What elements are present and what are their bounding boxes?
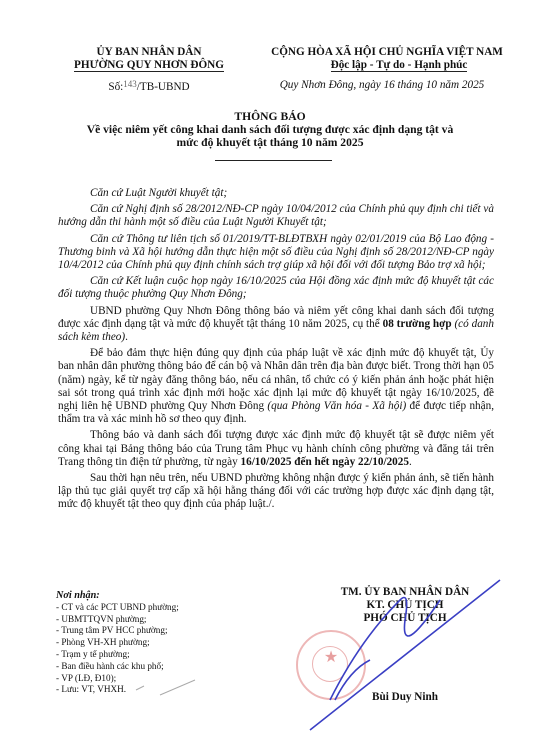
legal-basis: Căn cứ Kết luận cuộc họp ngày 16/10/2025… — [58, 275, 494, 301]
recipient-item: - Trạm y tế phường; — [56, 649, 256, 661]
signer-name: Bùi Duy Ninh — [285, 691, 525, 703]
national-header: CỘNG HÒA XÃ HỘI CHỦ NGHĨA VIỆT NAM Độc l… — [237, 46, 536, 72]
document-body: Căn cứ Luật Người khuyết tật; Căn cứ Ngh… — [58, 187, 494, 515]
paragraph-posting-period: Thông báo và danh sách đối tượng được xá… — [58, 429, 494, 469]
recipient-item: - Trung tâm PV HCC phường; — [56, 625, 256, 637]
paragraph-announcement: UBND phường Quy Nhơn Đông thông báo và n… — [58, 305, 494, 345]
star-icon: ★ — [298, 650, 364, 666]
title-subject-2: mức độ khuyết tật tháng 10 năm 2025 — [40, 136, 500, 149]
place-date: Quy Nhơn Đông, ngày 16 tháng 10 năm 2025 — [262, 79, 502, 91]
authority-line1: ỦY BAN NHÂN DÂN — [60, 46, 238, 59]
recipients-heading: Nơi nhận: — [56, 590, 256, 602]
signature-line1: TM. ỦY BAN NHÂN DÂN — [285, 586, 525, 599]
recipient-item: - Lưu: VT, VHXH. — [56, 684, 256, 696]
paragraph-feedback: Để bảo đảm thực hiện đúng quy định của p… — [58, 347, 494, 426]
signature-block: TM. ỦY BAN NHÂN DÂN KT. CHỦ TỊCH PHÓ CHỦ… — [285, 586, 525, 625]
authority-line2: PHƯỜNG QUY NHƠN ĐÔNG — [60, 59, 238, 72]
title-divider — [215, 160, 332, 161]
legal-basis: Căn cứ Nghị định số 28/2012/NĐ-CP ngày 1… — [58, 203, 494, 229]
document-title: THÔNG BÁO Về việc niêm yết công khai dan… — [40, 110, 500, 149]
paragraph-closing: Sau thời hạn nêu trên, nếu UBND phường k… — [58, 472, 494, 512]
title-subject-1: Về việc niêm yết công khai danh sách đối… — [40, 123, 500, 136]
national-motto: Độc lập - Tự do - Hạnh phúc — [331, 59, 468, 72]
legal-basis: Căn cứ Thông tư liên tịch số 01/2019/TT-… — [58, 233, 494, 273]
signature-line2: KT. CHỦ TỊCH — [285, 599, 525, 612]
recipients-list: Nơi nhận: - CT và các PCT UBND phường; -… — [56, 590, 256, 696]
official-seal-icon: ★ — [296, 630, 366, 700]
signature-line3: PHÓ CHỦ TỊCH — [285, 612, 525, 625]
recipient-item: - Phòng VH-XH phường; — [56, 637, 256, 649]
document-number-value: 143 — [123, 79, 137, 89]
recipient-item: - Ban điều hành các khu phố; — [56, 661, 256, 673]
document-page: ỦY BAN NHÂN DÂN PHƯỜNG QUY NHƠN ĐÔNG Số:… — [0, 0, 536, 737]
recipient-item: - VP (LĐ, Đ10); — [56, 673, 256, 685]
title-heading: THÔNG BÁO — [40, 110, 500, 123]
issuing-authority: ỦY BAN NHÂN DÂN PHƯỜNG QUY NHƠN ĐÔNG — [60, 46, 238, 72]
country-name: CỘNG HÒA XÃ HỘI CHỦ NGHĨA VIỆT NAM — [237, 46, 536, 59]
document-number: Số:143/TB-UBND — [60, 79, 238, 93]
recipient-item: - CT và các PCT UBND phường; — [56, 602, 256, 614]
legal-basis: Căn cứ Luật Người khuyết tật; — [58, 187, 494, 200]
recipient-item: - UBMTTQVN phường; — [56, 614, 256, 626]
